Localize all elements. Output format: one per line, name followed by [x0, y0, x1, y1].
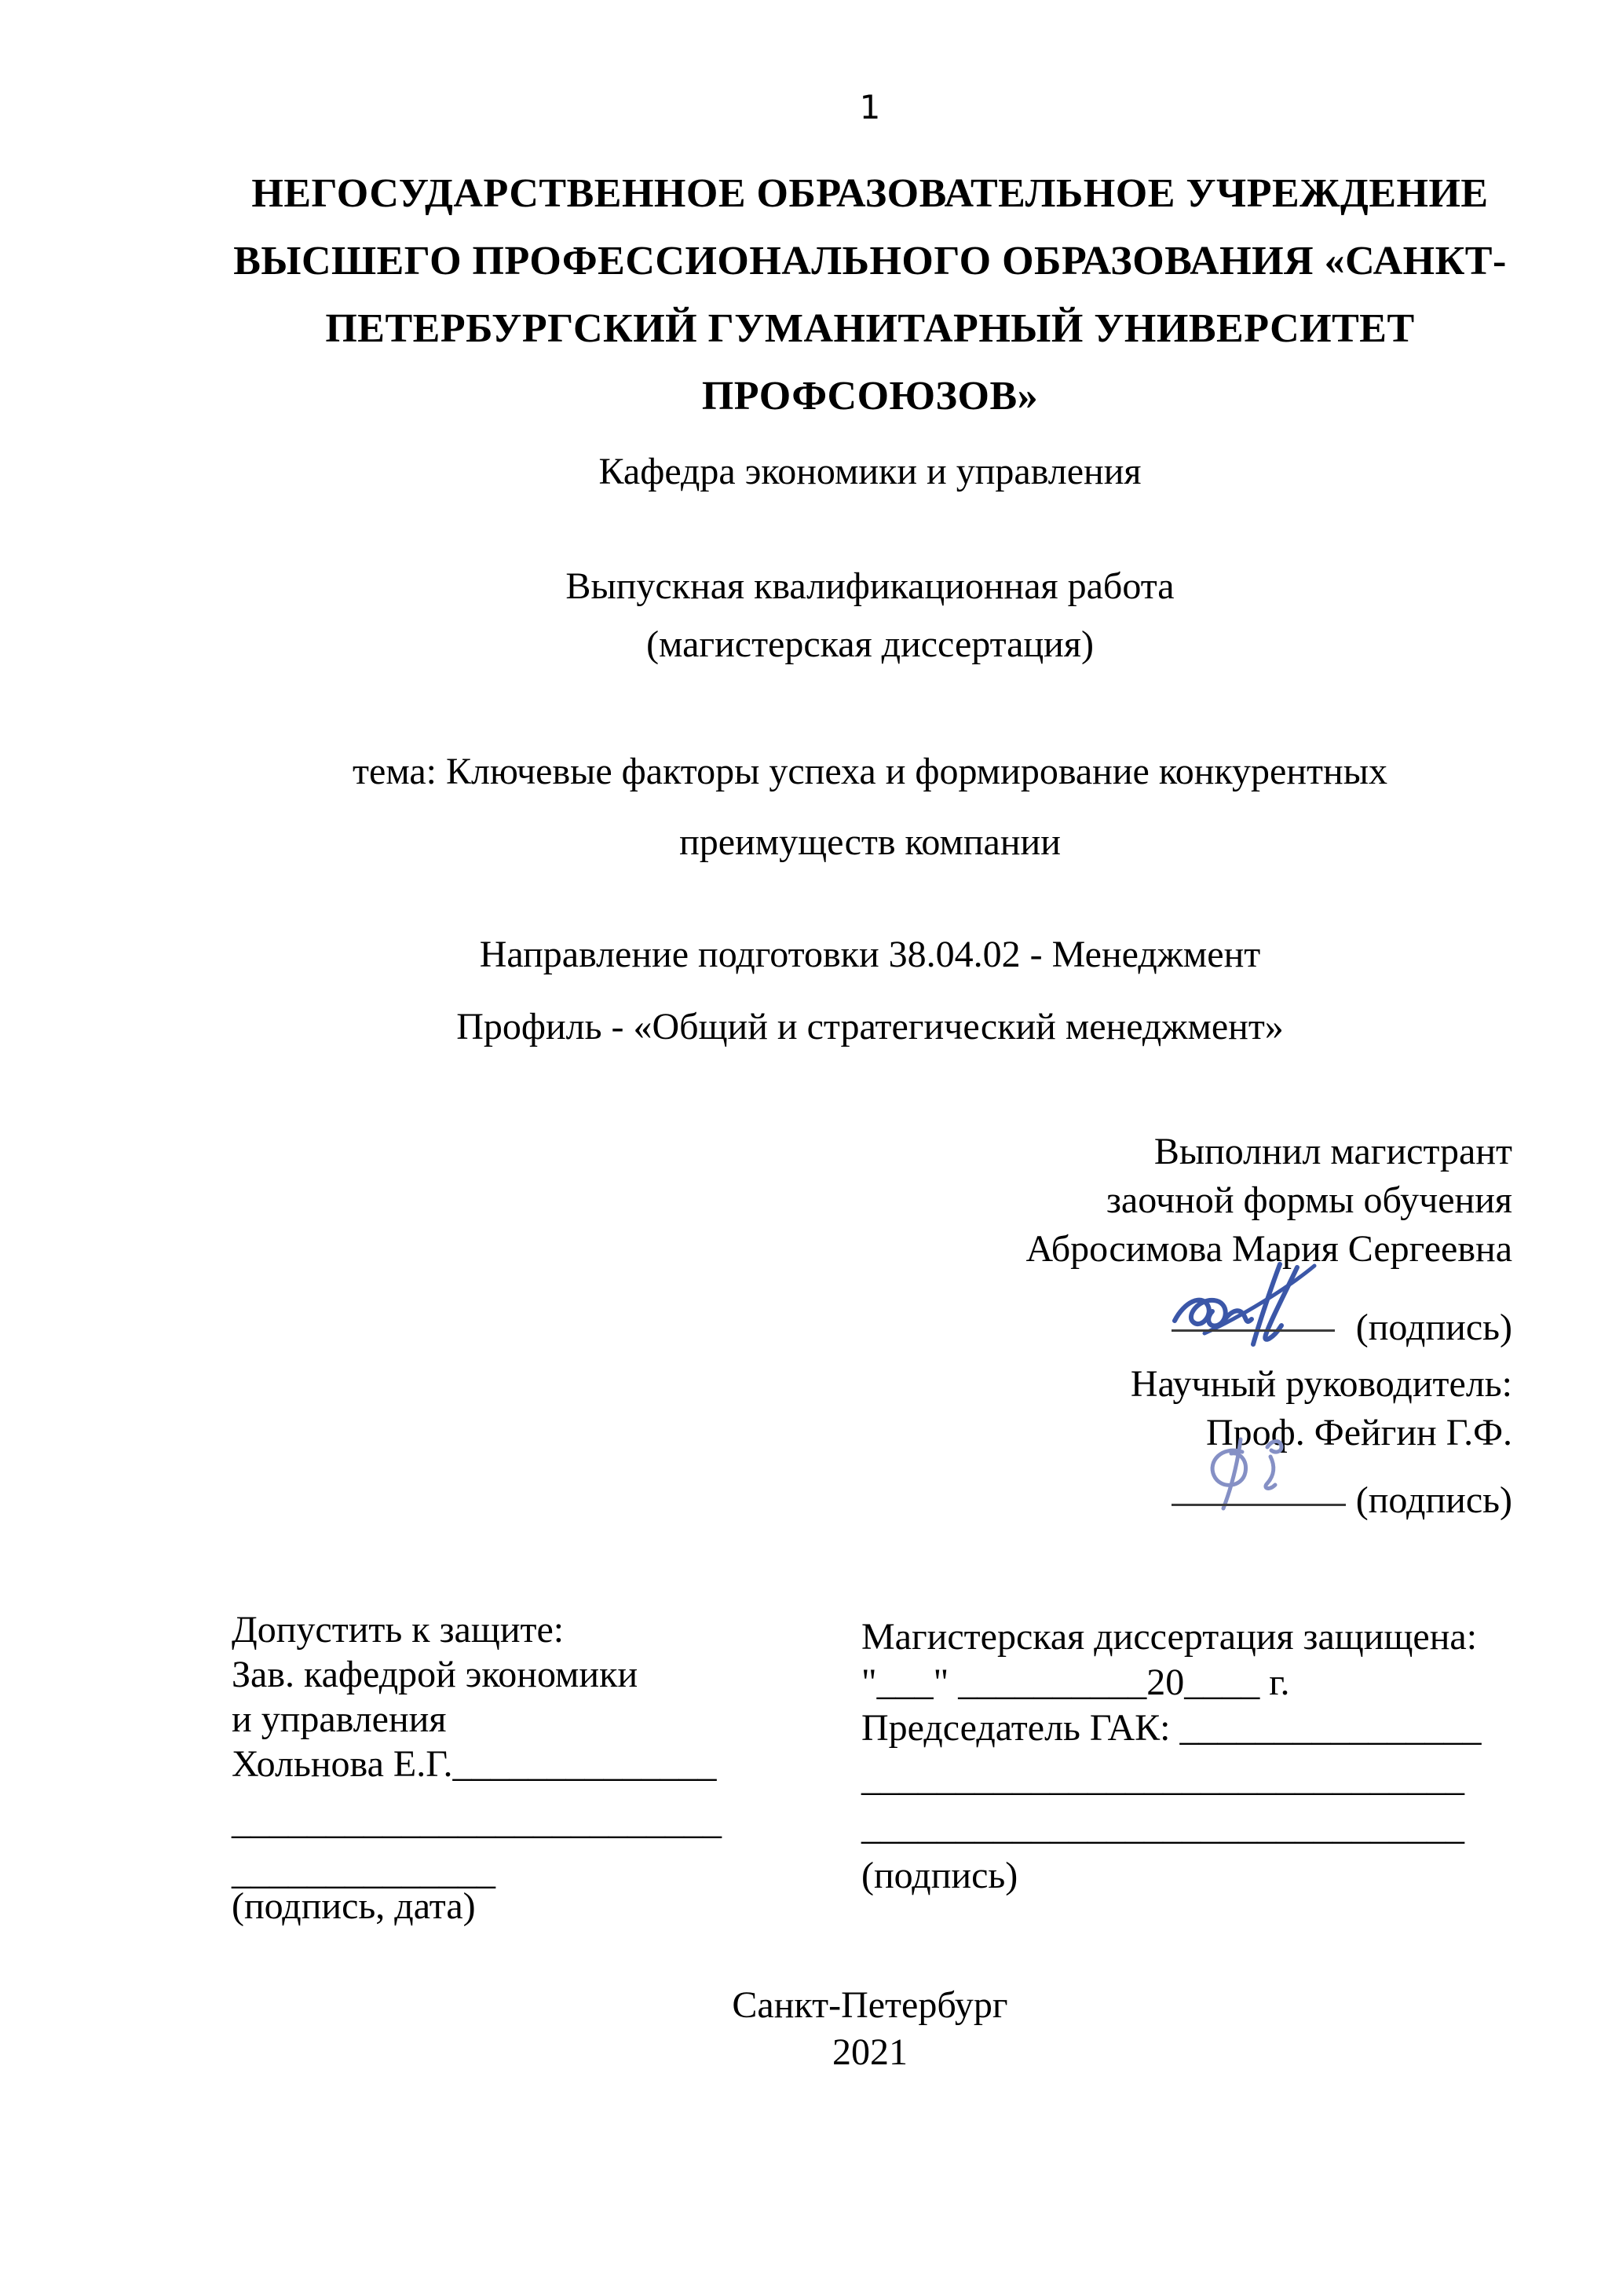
- defense-blank-line: ________________________________: [861, 1756, 1537, 1801]
- advisor-role-line: Научный руководитель:: [1131, 1360, 1512, 1409]
- approval-line: и управления: [232, 1697, 828, 1742]
- defense-chairman-line: Председатель ГАК: ________________: [861, 1706, 1537, 1751]
- author-study-form-line: заочной формы обучения: [1025, 1176, 1512, 1225]
- footer: Санкт-Петербург 2021: [228, 1982, 1512, 2076]
- page-number: 1: [228, 88, 1512, 126]
- author-signature-line: [1172, 1329, 1335, 1332]
- footer-year-line: 2021: [228, 2029, 1512, 2076]
- footer-city-line: Санкт-Петербург: [228, 1982, 1512, 2029]
- work-type-line: Выпускная квалификационная работа: [228, 558, 1512, 616]
- work-type-line: (магистерская диссертация): [228, 616, 1512, 674]
- university-name-line: ВЫСШЕГО ПРОФЕССИОНАЛЬНОГО ОБРАЗОВАНИЯ «С…: [228, 228, 1512, 295]
- approval-line: Допустить к защите:: [232, 1607, 828, 1652]
- department-name: Кафедра экономики и управления: [228, 448, 1512, 496]
- advisor-signature-icon: [1175, 1430, 1324, 1512]
- thesis-topic-line: преимуществ компании: [228, 807, 1512, 878]
- university-name-line: ПЕТЕРБУРГСКИЙ ГУМАНИТАРНЫЙ УНИВЕРСИТЕТ: [228, 295, 1512, 363]
- defense-blank-line: ________________________________: [861, 1804, 1537, 1850]
- author-signature-icon: [1161, 1256, 1357, 1351]
- defense-block: Магистерская диссертация защищена: "___"…: [861, 1614, 1537, 1899]
- author-signature-row: (подпись): [1172, 1258, 1512, 1355]
- approval-signature-caption: (подпись, дата): [232, 1884, 828, 1929]
- defense-line: Магистерская диссертация защищена:: [861, 1614, 1537, 1660]
- author-role-line: Выполнил магистрант: [1025, 1128, 1512, 1176]
- approval-line: Зав. кафедрой экономики: [232, 1652, 828, 1697]
- advisor-signature-line: [1172, 1504, 1346, 1506]
- thesis-topic-line: тема: Ключевые факторы успеха и формиров…: [228, 737, 1512, 807]
- defense-signature-caption: (подпись): [861, 1853, 1537, 1899]
- author-block: Выполнил магистрант заочной формы обучен…: [1025, 1128, 1512, 1274]
- work-type: Выпускная квалификационная работа (магис…: [228, 558, 1512, 674]
- advisor-signature-row: (подпись): [1172, 1431, 1512, 1522]
- university-name-line: ПРОФСОЮЗОВ»: [228, 363, 1512, 430]
- study-profile-line: Профиль - «Общий и стратегический менедж…: [228, 991, 1512, 1063]
- defense-date-line: "___" __________20____ г.: [861, 1660, 1537, 1706]
- advisor-signature-caption: (подпись): [1356, 1479, 1512, 1522]
- approval-blank-line: __________________________: [232, 1799, 828, 1844]
- thesis-topic: тема: Ключевые факторы успеха и формиров…: [228, 737, 1512, 878]
- university-name-line: НЕГОСУДАРСТВЕННОЕ ОБРАЗОВАТЕЛЬНОЕ УЧРЕЖД…: [228, 160, 1512, 228]
- approval-head-signature-line: Хольнова Е.Г.______________: [232, 1742, 828, 1786]
- author-signature-caption: (подпись): [1356, 1306, 1512, 1349]
- study-direction-line: Направление подготовки 38.04.02 - Менедж…: [228, 919, 1512, 991]
- thesis-title-page: 1 НЕГОСУДАРСТВЕННОЕ ОБРАЗОВАТЕЛЬНОЕ УЧРЕ…: [0, 0, 1623, 2296]
- approval-block: Допустить к защите: Зав. кафедрой эконом…: [232, 1607, 828, 1929]
- university-name: НЕГОСУДАРСТВЕННОЕ ОБРАЗОВАТЕЛЬНОЕ УЧРЕЖД…: [228, 160, 1512, 430]
- study-program: Направление подготовки 38.04.02 - Менедж…: [228, 919, 1512, 1063]
